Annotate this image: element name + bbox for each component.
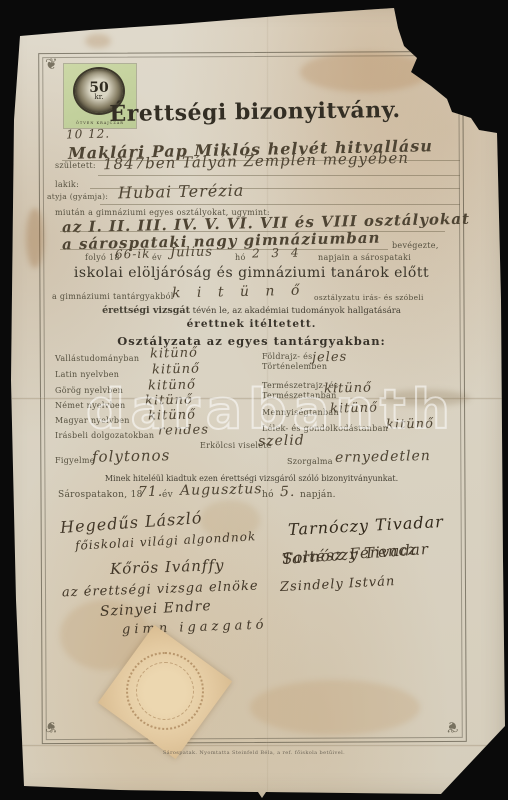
dateline-day-hw: 5.	[280, 484, 296, 500]
grade-value-hw: jeles	[312, 350, 348, 366]
grade-label: Magyar nyelvben	[55, 416, 130, 425]
grade-value-hw: kitünő	[330, 401, 378, 417]
photo-canvas: ❦ ❦ ❦ ❦ 50 kr. ÖTVEN KRAJCZÁR 10 12. Ére…	[0, 0, 508, 800]
grade-label: Mennyiségtanban	[262, 408, 339, 417]
grades-heading: Osztályzata az egyes tantárgyakban:	[40, 334, 463, 348]
grade-value-hw: kitünő	[152, 362, 200, 378]
attention-label: Figyelme	[55, 456, 95, 465]
overall-grade-hw: k i t ü n ő	[172, 283, 306, 302]
certificate-title: Érettségi bizonyitvány.	[105, 97, 405, 127]
attention-hw: folytonos	[92, 446, 171, 466]
board-line: iskolai elöljáróság és gimnáziumi tanáro…	[40, 265, 463, 281]
conduct-hw: szelid	[258, 433, 305, 450]
exam-line: érettségi vizsgát tévén le, az akadémiai…	[40, 305, 463, 316]
fold-crease	[266, 8, 269, 792]
grade-label: Földrajz- és	[262, 352, 313, 361]
grade-label: Latin nyelvben	[55, 370, 119, 379]
year-hw: 66-ik	[115, 247, 151, 262]
corner-ornament-icon: ❦	[446, 55, 459, 73]
corner-ornament-icon: ❦	[45, 718, 58, 736]
fold-crease	[12, 744, 502, 747]
certificate-paper: ❦ ❦ ❦ ❦ 50 kr. ÖTVEN KRAJCZÁR 10 12. Ére…	[0, 0, 508, 800]
completed-label: bevégezte,	[392, 241, 439, 250]
age-stain	[380, 390, 470, 406]
grade-value-hw: rendes	[158, 422, 209, 438]
printer-imprint: Sárospatak. Nyomtatta Steinfeld Béla, a …	[100, 750, 408, 756]
diligence-label: Szorgalma	[287, 457, 333, 466]
dateline-ev: év	[162, 490, 173, 500]
dateline-prefix: Sárospatakon, 18	[58, 490, 143, 500]
grade-label: Görög nyelvben	[55, 386, 123, 395]
subjects-prefix: a gimnáziumi tantárgyakból	[52, 292, 174, 301]
stamp-unit: kr.	[94, 94, 103, 101]
date-suffix: napjain a sárospataki	[318, 253, 411, 262]
exam-rest: tévén le, az akadémiai tudományok hallga…	[193, 306, 401, 316]
exam-bold: érettségi vizsgát	[102, 305, 190, 316]
age-stain	[300, 52, 430, 92]
stamp-value: 50	[89, 82, 108, 94]
corner-ornament-icon: ❦	[45, 55, 58, 73]
grade-label: Vallástudományban	[55, 354, 139, 363]
subjects-suffix: osztályzatu irás- és szóbeli	[314, 293, 424, 302]
grade-value-hw: kitünő	[386, 417, 434, 433]
residence-label: lakik:	[55, 180, 79, 189]
dateline-month-hw: Augusztus	[180, 481, 263, 499]
grade-value-hw: kitünő	[148, 408, 196, 424]
grade-value-hw: kitünő	[324, 381, 372, 397]
dateline-ho: hó	[262, 490, 274, 500]
grade-label: Lélek- és gondolkodástanban	[262, 424, 388, 433]
dateline-year-hw: 71.	[138, 484, 164, 501]
month-hw: Julius	[170, 245, 213, 261]
month-word: hó	[235, 253, 246, 262]
grade-label: Irásbeli dolgozatokban	[55, 431, 154, 440]
ruled-line	[98, 175, 460, 176]
ruled-line	[60, 249, 388, 250]
grade-label: Német nyelvben	[55, 401, 126, 410]
handwritten-number: 10 12.	[66, 127, 110, 142]
guardian-hw: Hubai Terézia	[118, 181, 245, 203]
verdict-line: érettnek itéltetett.	[40, 318, 463, 330]
ruled-line	[100, 204, 460, 205]
guardian-label: atyja (gyámja):	[47, 192, 108, 201]
born-label: született:	[55, 161, 96, 170]
year-word: év	[152, 253, 162, 262]
embossed-seal	[126, 652, 204, 730]
dateline-suffix: napján.	[300, 490, 336, 500]
grade-value-hw: kitünő	[150, 346, 198, 362]
diligence-hw: ernyedetlen	[335, 448, 431, 466]
age-stain	[26, 208, 44, 268]
grade-value-hw: kitünő	[148, 378, 196, 394]
age-stain	[250, 680, 420, 735]
grade-value-hw: kitünő	[145, 393, 193, 409]
days-hw: 2 3 4	[252, 245, 303, 260]
age-stain	[85, 34, 111, 48]
corner-ornament-icon: ❦	[446, 718, 459, 736]
